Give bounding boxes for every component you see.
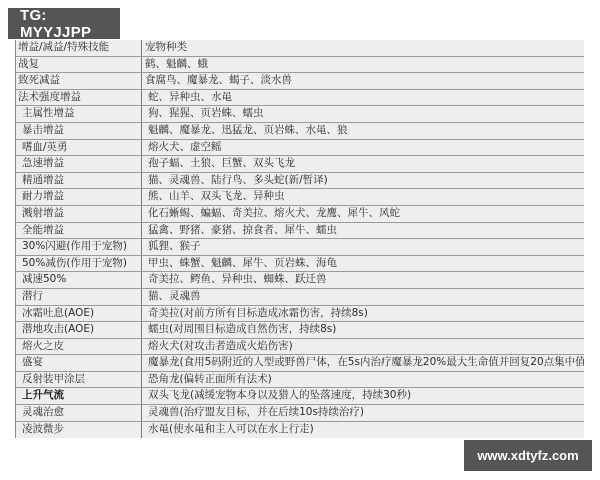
pets-cell: 猫、灵魂兽	[142, 289, 584, 305]
table-header-row: 增益/减益/特殊技能 宠物种类	[16, 40, 584, 57]
skill-cell: 致死减益	[16, 73, 142, 89]
skill-cell: 灵魂治愈	[16, 405, 142, 421]
table-row: 致死减益食腐鸟、魔暴龙、蝎子、淡水兽	[16, 73, 584, 90]
skill-cell: 主属性增益	[16, 106, 142, 122]
skill-cell: 嗜血/英勇	[16, 140, 142, 156]
pet-skill-table: 增益/减益/特殊技能 宠物种类 战复鹤、魁麟、蛾 致死减益食腐鸟、魔暴龙、蝎子、…	[15, 40, 584, 438]
pets-cell: 甲虫、蛛蟹、魁麟、犀牛、页岩蛛、海龟	[142, 256, 584, 272]
table-row: 50%减伤(作用于宠物)甲虫、蛛蟹、魁麟、犀牛、页岩蛛、海龟	[16, 256, 584, 273]
pets-cell: 狗、猩猩、页岩蛛、蠕虫	[142, 106, 584, 122]
table-row: 凌波微步水黾(使水黾和主人可以在水上行走)	[16, 422, 584, 439]
pets-cell: 熊、山羊、双头飞龙、异种虫	[142, 189, 584, 205]
header-skill: 增益/减益/特殊技能	[16, 40, 142, 56]
pets-cell: 魁麟、魔暴龙、迅猛龙、页岩蛛、水黾、狼	[142, 123, 584, 139]
skill-cell: 暴击增益	[16, 123, 142, 139]
pets-cell: 鹤、魁麟、蛾	[142, 57, 584, 73]
tg-badge-text: TG: MYYJJPP	[20, 7, 120, 41]
table-row: 法术强度增益蛇、异种虫、水黾	[16, 90, 584, 107]
pets-cell: 食腐鸟、魔暴龙、蝎子、淡水兽	[142, 73, 584, 89]
skill-cell: 全能增益	[16, 223, 142, 239]
skill-cell: 溅射增益	[16, 206, 142, 222]
tg-badge: TG: MYYJJPP	[8, 8, 120, 39]
skill-cell: 上升气流	[16, 388, 142, 404]
skill-cell: 30%闪避(作用于宠物)	[16, 239, 142, 255]
table-row: 急速增益孢子蝠、土狼、巨蟹、双头飞龙	[16, 156, 584, 173]
skill-cell: 冰霜吐息(AOE)	[16, 306, 142, 322]
table-row: 暴击增益魁麟、魔暴龙、迅猛龙、页岩蛛、水黾、狼	[16, 123, 584, 140]
table-row: 减速50%奇美拉、鳄鱼、异种虫、蜘蛛、跃迁兽	[16, 272, 584, 289]
table-row: 精通增益猫、灵魂兽、陆行鸟、多头蛇(新/暂译)	[16, 173, 584, 190]
skill-cell: 减速50%	[16, 272, 142, 288]
pets-cell: 魔暴龙(食用5码附近的人型或野兽尸体，在5s内治疗魔暴龙20%最大生命值并回复2…	[142, 355, 584, 371]
skill-cell: 精通增益	[16, 173, 142, 189]
skill-cell: 战复	[16, 57, 142, 73]
header-pets: 宠物种类	[142, 40, 584, 56]
table-row: 熔火之皮熔火犬(对攻击者造成火焰伤害)	[16, 339, 584, 356]
pets-cell: 奇美拉(对前方所有目标造成冰霜伤害，持续8s)	[142, 306, 584, 322]
skill-cell: 潜地攻击(AOE)	[16, 322, 142, 338]
table-row: 潜地攻击(AOE)蠕虫(对周围目标造成自然伤害，持续8s)	[16, 322, 584, 339]
site-watermark: www.xdtyfz.com	[464, 440, 592, 471]
table-row: 主属性增益狗、猩猩、页岩蛛、蠕虫	[16, 106, 584, 123]
pets-cell: 蛇、异种虫、水黾	[142, 90, 584, 106]
pets-cell: 恐角龙(偏转正面所有法术)	[142, 372, 584, 388]
skill-cell: 50%减伤(作用于宠物)	[16, 256, 142, 272]
pets-cell: 双头飞龙(减缓宠物本身以及猎人的坠落速度，持续30秒)	[142, 388, 584, 404]
table-row: 嗜血/英勇熔火犬、虚空鳐	[16, 140, 584, 157]
skill-cell: 熔火之皮	[16, 339, 142, 355]
skill-cell: 盛宴	[16, 355, 142, 371]
table-row: 30%闪避(作用于宠物)狐狸、猴子	[16, 239, 584, 256]
table-row: 潜行猫、灵魂兽	[16, 289, 584, 306]
pets-cell: 奇美拉、鳄鱼、异种虫、蜘蛛、跃迁兽	[142, 272, 584, 288]
skill-cell: 反射装甲涂层	[16, 372, 142, 388]
skill-cell: 急速增益	[16, 156, 142, 172]
table-row: 溅射增益化石蜥蜴、蝙蝠、奇美拉、熔火犬、龙鹰、犀牛、风蛇	[16, 206, 584, 223]
pets-cell: 灵魂兽(治疗盟友目标，并在后续10s持续治疗)	[142, 405, 584, 421]
pets-cell: 孢子蝠、土狼、巨蟹、双头飞龙	[142, 156, 584, 172]
skill-cell: 凌波微步	[16, 422, 142, 439]
table-row: 战复鹤、魁麟、蛾	[16, 57, 584, 74]
pets-cell: 化石蜥蜴、蝙蝠、奇美拉、熔火犬、龙鹰、犀牛、风蛇	[142, 206, 584, 222]
pets-cell: 水黾(使水黾和主人可以在水上行走)	[142, 422, 584, 439]
skill-cell: 潜行	[16, 289, 142, 305]
pets-cell: 猫、灵魂兽、陆行鸟、多头蛇(新/暂译)	[142, 173, 584, 189]
pets-cell: 蠕虫(对周围目标造成自然伤害，持续8s)	[142, 322, 584, 338]
table-row: 灵魂治愈灵魂兽(治疗盟友目标，并在后续10s持续治疗)	[16, 405, 584, 422]
watermark-text: www.xdtyfz.com	[477, 448, 578, 463]
table-row: 上升气流双头飞龙(减缓宠物本身以及猎人的坠落速度，持续30秒)	[16, 388, 584, 405]
pets-cell: 猛禽、野猪、豪猪、掠食者、犀牛、蠕虫	[142, 223, 584, 239]
table-row: 盛宴魔暴龙(食用5码附近的人型或野兽尸体，在5s内治疗魔暴龙20%最大生命值并回…	[16, 355, 584, 372]
pets-cell: 狐狸、猴子	[142, 239, 584, 255]
table-row: 耐力增益熊、山羊、双头飞龙、异种虫	[16, 189, 584, 206]
table-row: 全能增益猛禽、野猪、豪猪、掠食者、犀牛、蠕虫	[16, 223, 584, 240]
skill-cell: 法术强度增益	[16, 90, 142, 106]
table-row: 冰霜吐息(AOE)奇美拉(对前方所有目标造成冰霜伤害，持续8s)	[16, 306, 584, 323]
pets-cell: 熔火犬(对攻击者造成火焰伤害)	[142, 339, 584, 355]
pets-cell: 熔火犬、虚空鳐	[142, 140, 584, 156]
table-row: 反射装甲涂层恐角龙(偏转正面所有法术)	[16, 372, 584, 389]
skill-cell: 耐力增益	[16, 189, 142, 205]
